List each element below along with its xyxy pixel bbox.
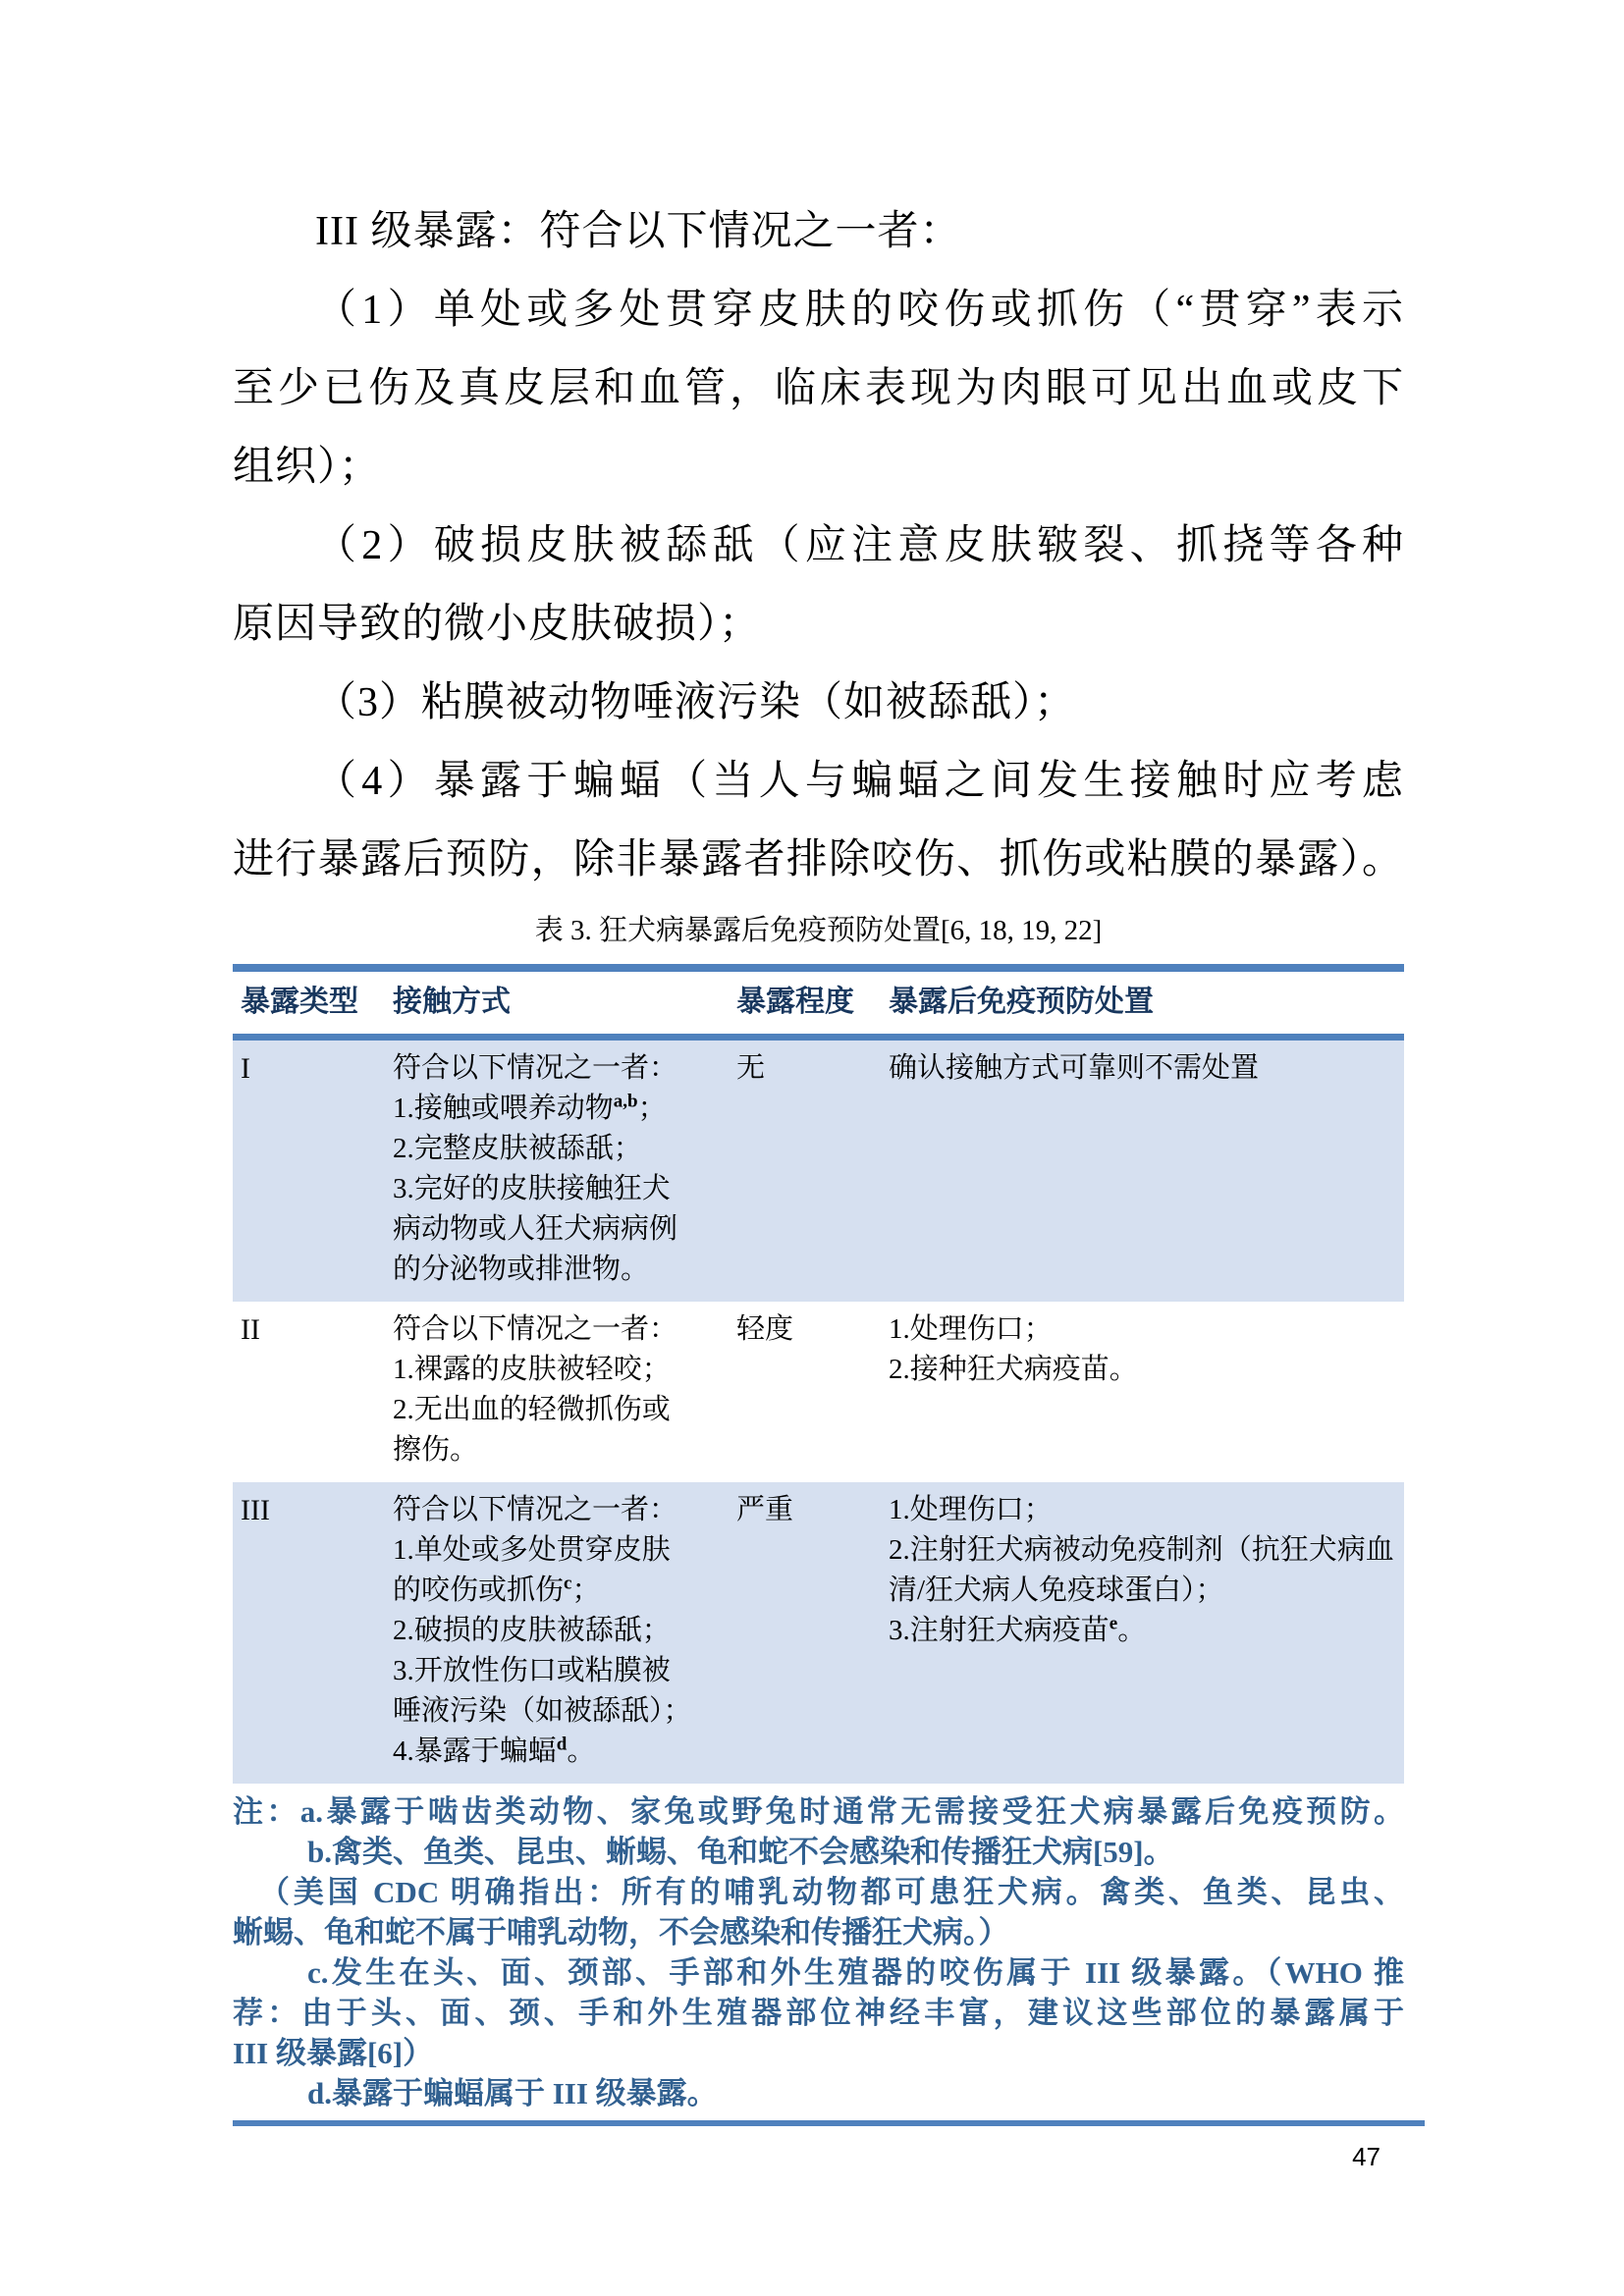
footnote-a: 注：a.暴露于啮齿类动物、家兔或野兔时通常无需接受狂犬病暴露后免疫预防。	[233, 1791, 1404, 1832]
table-row-level-3: III 符合以下情况之一者： 1.单处或多处贯穿皮肤 的咬伤或抓伤c； 2.破损…	[233, 1482, 1404, 1784]
exposure-degree-cell: 无	[736, 1048, 889, 1290]
contact-mode-cell: 符合以下情况之一者： 1.裸露的皮肤被轻咬； 2.无出血的轻微抓伤或 擦伤。	[393, 1309, 736, 1470]
exposure-table: 暴露类型 接触方式 暴露程度 暴露后免疫预防处置 I 符合以下情况之一者： 1.…	[233, 964, 1404, 1784]
exposure-degree-cell: 严重	[736, 1490, 889, 1772]
footnote-d: d.暴露于蝙蝠属于 III 级暴露。	[233, 2073, 1404, 2113]
table-header-row: 暴露类型 接触方式 暴露程度 暴露后免疫预防处置	[233, 972, 1404, 1041]
body-line: （1）单处或多处贯穿皮肤的咬伤或抓伤（“贯穿”表示	[233, 271, 1404, 349]
footnote-c: c.发生在头、面、颈部、手部和外生殖器的咬伤属于 III 级暴露。（WHO 推	[233, 1952, 1404, 1993]
footnote-marker: d	[557, 1734, 568, 1754]
table-footnotes: 注：a.暴露于啮齿类动物、家兔或野兔时通常无需接受狂犬病暴露后免疫预防。 b.禽…	[233, 1791, 1404, 2113]
column-header-exposure-degree: 暴露程度	[736, 983, 889, 1022]
body-line: （2）破损皮肤被舔舐（应注意皮肤皲裂、抓挠等各种	[233, 507, 1404, 585]
footnote-b-cdc-cont: 蜥蜴、龟和蛇不属于哺乳动物，不会感染和传播狂犬病。）	[233, 1912, 1404, 1952]
body-line: 进行暴露后预防，除非暴露者排除咬伤、抓伤或粘膜的暴露）。	[233, 821, 1404, 899]
body-line: 组织）；	[233, 428, 1404, 507]
footnote-c-cont: 荐：由于头、面、颈、手和外生殖器部位神经丰富，建议这些部位的暴露属于	[233, 1993, 1404, 2033]
contact-mode-cell: 符合以下情况之一者： 1.接触或喂养动物a,b； 2.完整皮肤被舔舐； 3.完好…	[393, 1048, 736, 1290]
footnote-marker: e	[1110, 1613, 1117, 1633]
body-text: III 级暴露：符合以下情况之一者： （1）单处或多处贯穿皮肤的咬伤或抓伤（“贯…	[233, 192, 1404, 899]
disposal-cell: 1.处理伤口； 2.注射狂犬病被动免疫制剂（抗狂犬病血 清/狂犬病人免疫球蛋白）…	[889, 1490, 1404, 1772]
page-number: 47	[233, 2142, 1404, 2172]
exposure-type-cell: III	[233, 1490, 393, 1772]
table-row-level-2: II 符合以下情况之一者： 1.裸露的皮肤被轻咬； 2.无出血的轻微抓伤或 擦伤…	[233, 1302, 1404, 1482]
footnote-c-cont2: III 级暴露[6]）	[233, 2033, 1404, 2073]
contact-mode-cell: 符合以下情况之一者： 1.单处或多处贯穿皮肤 的咬伤或抓伤c； 2.破损的皮肤被…	[393, 1490, 736, 1772]
body-line: （3）粘膜被动物唾液污染（如被舔舐）；	[233, 664, 1404, 742]
disposal-cell: 1.处理伤口； 2.接种狂犬病疫苗。	[889, 1309, 1404, 1470]
footnote-b-cdc: （美国 CDC 明确指出：所有的哺乳动物都可患狂犬病。禽类、鱼类、昆虫、	[233, 1872, 1404, 1912]
body-line: （4）暴露于蝙蝠（当人与蝙蝠之间发生接触时应考虑	[233, 742, 1404, 821]
document-page: III 级暴露：符合以下情况之一者： （1）单处或多处贯穿皮肤的咬伤或抓伤（“贯…	[0, 0, 1624, 2296]
bottom-border-rule	[233, 2120, 1425, 2126]
exposure-type-cell: I	[233, 1048, 393, 1290]
column-header-disposal: 暴露后免疫预防处置	[889, 983, 1404, 1022]
body-line: III 级暴露：符合以下情况之一者：	[233, 192, 1404, 271]
column-header-exposure-type: 暴露类型	[233, 983, 393, 1022]
exposure-type-cell: II	[233, 1309, 393, 1470]
footnote-marker: a,b	[614, 1091, 638, 1111]
exposure-degree-cell: 轻度	[736, 1309, 889, 1470]
column-header-contact-mode: 接触方式	[393, 983, 736, 1022]
body-line: 原因导致的微小皮肤破损）；	[233, 585, 1404, 664]
table-row-level-1: I 符合以下情况之一者： 1.接触或喂养动物a,b； 2.完整皮肤被舔舐； 3.…	[233, 1041, 1404, 1302]
body-line: 至少已伤及真皮层和血管，临床表现为肉眼可见出血或皮下	[233, 349, 1404, 428]
footnote-b: b.禽类、鱼类、昆虫、蜥蜴、龟和蛇不会感染和传播狂犬病[59]。	[233, 1832, 1404, 1872]
table-caption: 表 3. 狂犬病暴露后免疫预防处置[6, 18, 19, 22]	[233, 911, 1404, 950]
disposal-cell: 确认接触方式可靠则不需处置	[889, 1048, 1404, 1290]
